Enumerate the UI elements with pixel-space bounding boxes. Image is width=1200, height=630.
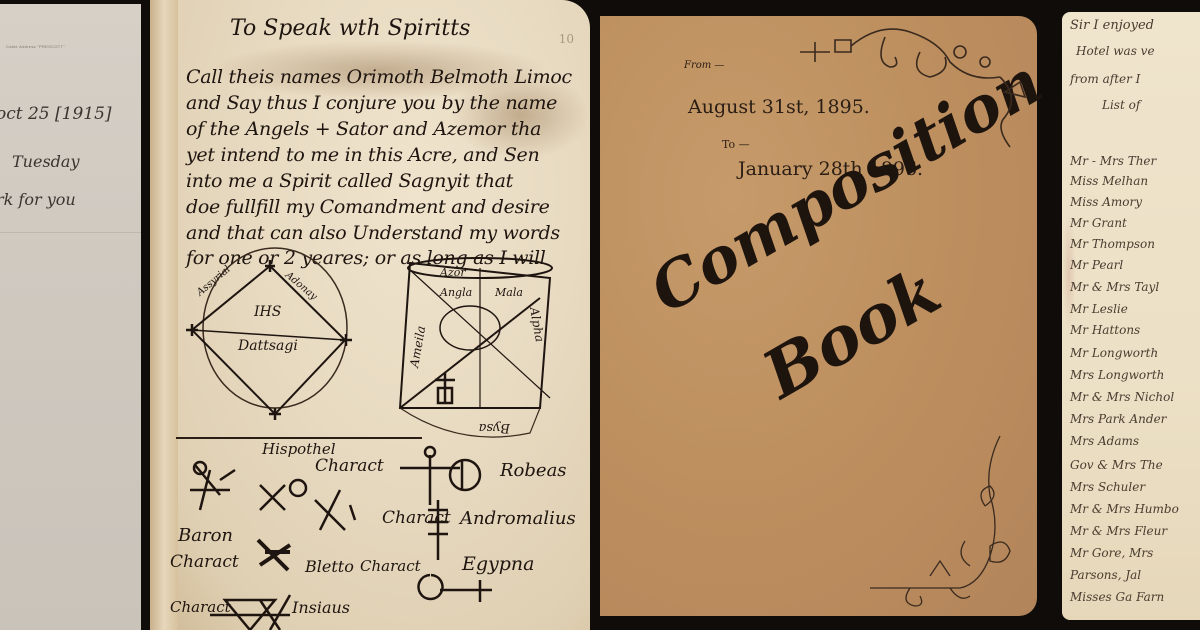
handwriting-line: oct 25 [1915] bbox=[0, 104, 112, 124]
ledger-row: Misses Ga Farn bbox=[1070, 590, 1164, 604]
cover-title-book: Book bbox=[750, 251, 953, 413]
ledger-page-panel: Sir I enjoyed Hotel was ve from after I … bbox=[1062, 12, 1200, 620]
ledger-row: Miss Amory bbox=[1070, 195, 1142, 209]
grimoire-page-panel: To Speak wth Spiritts 10 Call theis name… bbox=[150, 0, 590, 630]
ledger-row: Mr Longworth bbox=[1070, 346, 1158, 360]
composition-book-panel: From — August 31st, 1895. To — January 2… bbox=[600, 16, 1037, 616]
manuscript-collage: Cable Address "PRESCOTT" oct 25 [1915] T… bbox=[0, 0, 1200, 630]
ledger-row: Mrs Schuler bbox=[1070, 480, 1145, 494]
letter-card-panel: Cable Address "PRESCOTT" oct 25 [1915] T… bbox=[0, 4, 141, 630]
ledger-row: Parsons, Jal bbox=[1070, 568, 1141, 582]
ledger-row: Mr & Mrs Nichol bbox=[1070, 390, 1174, 404]
ledger-row: Mrs Adams bbox=[1070, 434, 1139, 448]
ledger-row: Mr - Mrs Ther bbox=[1070, 154, 1156, 168]
handwriting-line: rk for you bbox=[0, 190, 76, 209]
handwriting-line: Tuesday bbox=[12, 152, 79, 171]
ledger-row: Mr Grant bbox=[1070, 216, 1127, 230]
ledger-row: Hotel was ve bbox=[1076, 44, 1155, 58]
to-label: To — bbox=[722, 138, 750, 151]
ledger-row: Mr Thompson bbox=[1070, 237, 1155, 251]
letterhead-text: Cable Address "PRESCOTT" bbox=[6, 44, 65, 49]
ledger-row: Mr & Mrs Humbo bbox=[1070, 502, 1179, 516]
ledger-row: Mr Hattons bbox=[1070, 323, 1140, 337]
ledger-row: Mr & Mrs Fleur bbox=[1070, 524, 1167, 538]
ledger-row: Mr Leslie bbox=[1070, 302, 1128, 316]
ledger-row: Miss Melhan bbox=[1070, 174, 1148, 188]
ledger-row: List of bbox=[1102, 98, 1140, 112]
ledger-row: Mrs Park Ander bbox=[1070, 412, 1166, 426]
ledger-row: from after I bbox=[1070, 72, 1140, 86]
ledger-row: Sir I enjoyed bbox=[1070, 18, 1154, 33]
ledger-row: Mrs Longworth bbox=[1070, 368, 1164, 382]
sigil-glyphs bbox=[150, 0, 590, 630]
corner-flourish-top bbox=[800, 22, 1030, 162]
ledger-row: Mr & Mrs Tayl bbox=[1070, 280, 1159, 294]
fold-line bbox=[0, 232, 141, 233]
corner-flourish-bottom bbox=[850, 436, 1035, 611]
ledger-row: Gov & Mrs The bbox=[1070, 458, 1163, 472]
ledger-row: Mr Gore, Mrs bbox=[1070, 546, 1153, 560]
from-label: From — bbox=[684, 60, 724, 71]
ledger-row: Mr Pearl bbox=[1070, 258, 1123, 272]
